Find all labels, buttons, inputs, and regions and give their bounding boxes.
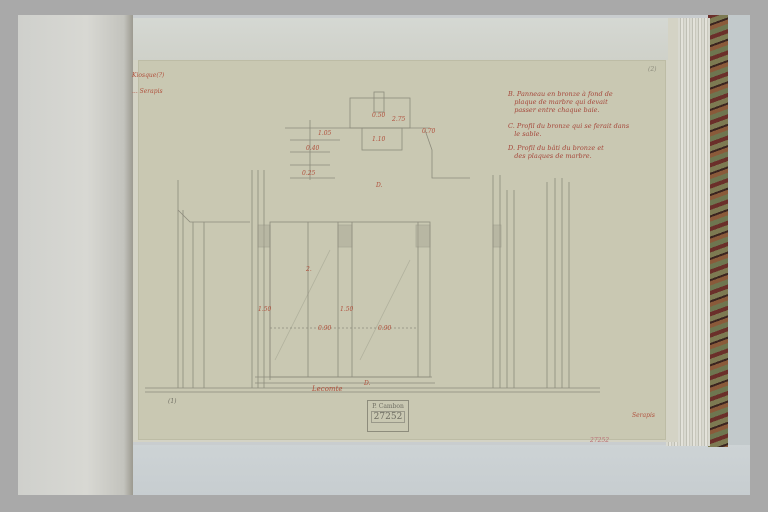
panel-width-2: 0.90 [378, 325, 391, 332]
note-b-line-2: plaque de marbre qui devait [514, 98, 608, 106]
left-height: 1.50 [258, 306, 271, 313]
signature-right: Serapis [632, 412, 655, 419]
note-c-line-2: le sable. [514, 130, 541, 138]
collection-stamp: P. Cambon 27252 [367, 400, 409, 432]
section-dim-1: 0.50 [372, 112, 385, 119]
section-dim-7: 0.25 [302, 170, 315, 177]
note-d-line-1: Profil du bâti du bronze et [517, 144, 604, 152]
note-d-line-2: des plaques de marbre. [514, 152, 592, 160]
note-b-key: B. [508, 90, 515, 98]
height-center: 2. [306, 266, 312, 273]
note-b-line-3: passer entre chaque baie. [514, 106, 599, 114]
note-d-key: D. [508, 144, 515, 152]
section-dim-6: 0.70 [422, 128, 435, 135]
note-b-line-1: Panneau en bronze à fond de [517, 90, 613, 98]
note-c: C. Profil du bronze qui se ferait dans l… [508, 122, 629, 138]
section-label: D. [376, 182, 383, 189]
architectural-drawing [0, 0, 768, 512]
section-dim-2: 2.75 [392, 116, 405, 123]
note-c-line-1: Profil du bronze qui se ferait dans [517, 122, 629, 130]
signature-bottom: Lecomte [312, 385, 343, 393]
corner-mark: (2) [648, 66, 657, 73]
page-number-circle: (1) [168, 398, 177, 405]
stamp-line-1: P. Cambon [368, 403, 408, 410]
note-b: B. Panneau en bronze à fond de plaque de… [508, 90, 613, 114]
note-d: D. Profil du bâti du bronze et des plaqu… [508, 144, 604, 160]
section-dim-4: 1.05 [318, 130, 331, 137]
title-line-2: ... Serapis [132, 88, 163, 95]
panel-width-1: 0.90 [318, 325, 331, 332]
section-dim-3: 1.10 [372, 136, 385, 143]
note-c-key: C. [508, 122, 515, 130]
mid-height: 1.50 [340, 306, 353, 313]
title-line-1: Kiosque(?) [132, 72, 164, 79]
bottom-label: D. [364, 380, 371, 387]
section-dim-5: 0.40 [306, 145, 319, 152]
stamp-number: 27252 [371, 411, 405, 423]
inventory-mark: 27252 [590, 437, 609, 444]
